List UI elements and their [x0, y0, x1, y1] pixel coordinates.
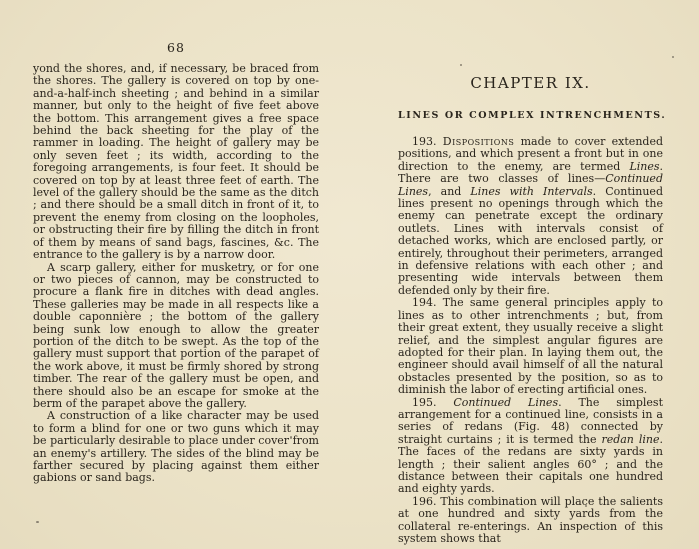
text-run: A scarp gallery, either for musketry, or… — [33, 261, 319, 410]
text-run-smallcaps: Dispositions — [443, 135, 515, 148]
scan-speck — [36, 521, 39, 523]
text-run: . Continued lines present no openings th… — [398, 185, 663, 297]
scan-speck — [585, 505, 587, 507]
paragraph: yond the shores, and, if necessary, be b… — [33, 63, 319, 262]
paragraph: 193. Dispositions made to cover extended… — [398, 136, 663, 297]
text-run: A construction of a like character may b… — [33, 409, 319, 484]
paragraph: 195. Continued Lines. The simplest arran… — [398, 397, 663, 496]
right-page-body: 193. Dispositions made to cover extended… — [398, 136, 663, 545]
scan-speck — [672, 56, 674, 58]
text-run: 194. The same general principles apply t… — [398, 296, 663, 396]
paragraph: 196. This combination will place the sal… — [398, 496, 663, 546]
chapter-heading: CHAPTER IX. — [398, 74, 663, 92]
text-run-italic: Continued Lines — [453, 396, 558, 409]
text-run-italic: Lines — [629, 160, 659, 173]
section-heading: LINES OR COMPLEX INTRENCHMENTS. — [398, 110, 663, 121]
text-run: 196. This combination will place the sal… — [398, 495, 663, 545]
text-run: yond the shores, and, if necessary, be b… — [33, 62, 319, 261]
left-page: 68 yond the shores, and, if necessary, b… — [33, 40, 319, 485]
paragraph: A construction of a like character may b… — [33, 410, 319, 484]
text-run: , and — [428, 185, 470, 198]
scan-speck — [290, 436, 292, 439]
paragraph: A scarp gallery, either for musketry, or… — [33, 262, 319, 411]
scan-speck — [460, 64, 462, 66]
text-run-italic: redan line — [601, 433, 659, 446]
book-scan-spread: 68 yond the shores, and, if necessary, b… — [0, 0, 699, 549]
text-run-italic: Lines with Intervals — [470, 185, 592, 198]
right-page: CHAPTER IX. LINES OR COMPLEX INTRENCHMEN… — [398, 74, 663, 545]
left-page-body: yond the shores, and, if necessary, be b… — [33, 63, 319, 485]
page-number: 68 — [33, 40, 319, 55]
text-run: 193. — [412, 135, 443, 148]
paragraph: 194. The same general principles apply t… — [398, 297, 663, 396]
text-run: 195. — [412, 396, 453, 409]
